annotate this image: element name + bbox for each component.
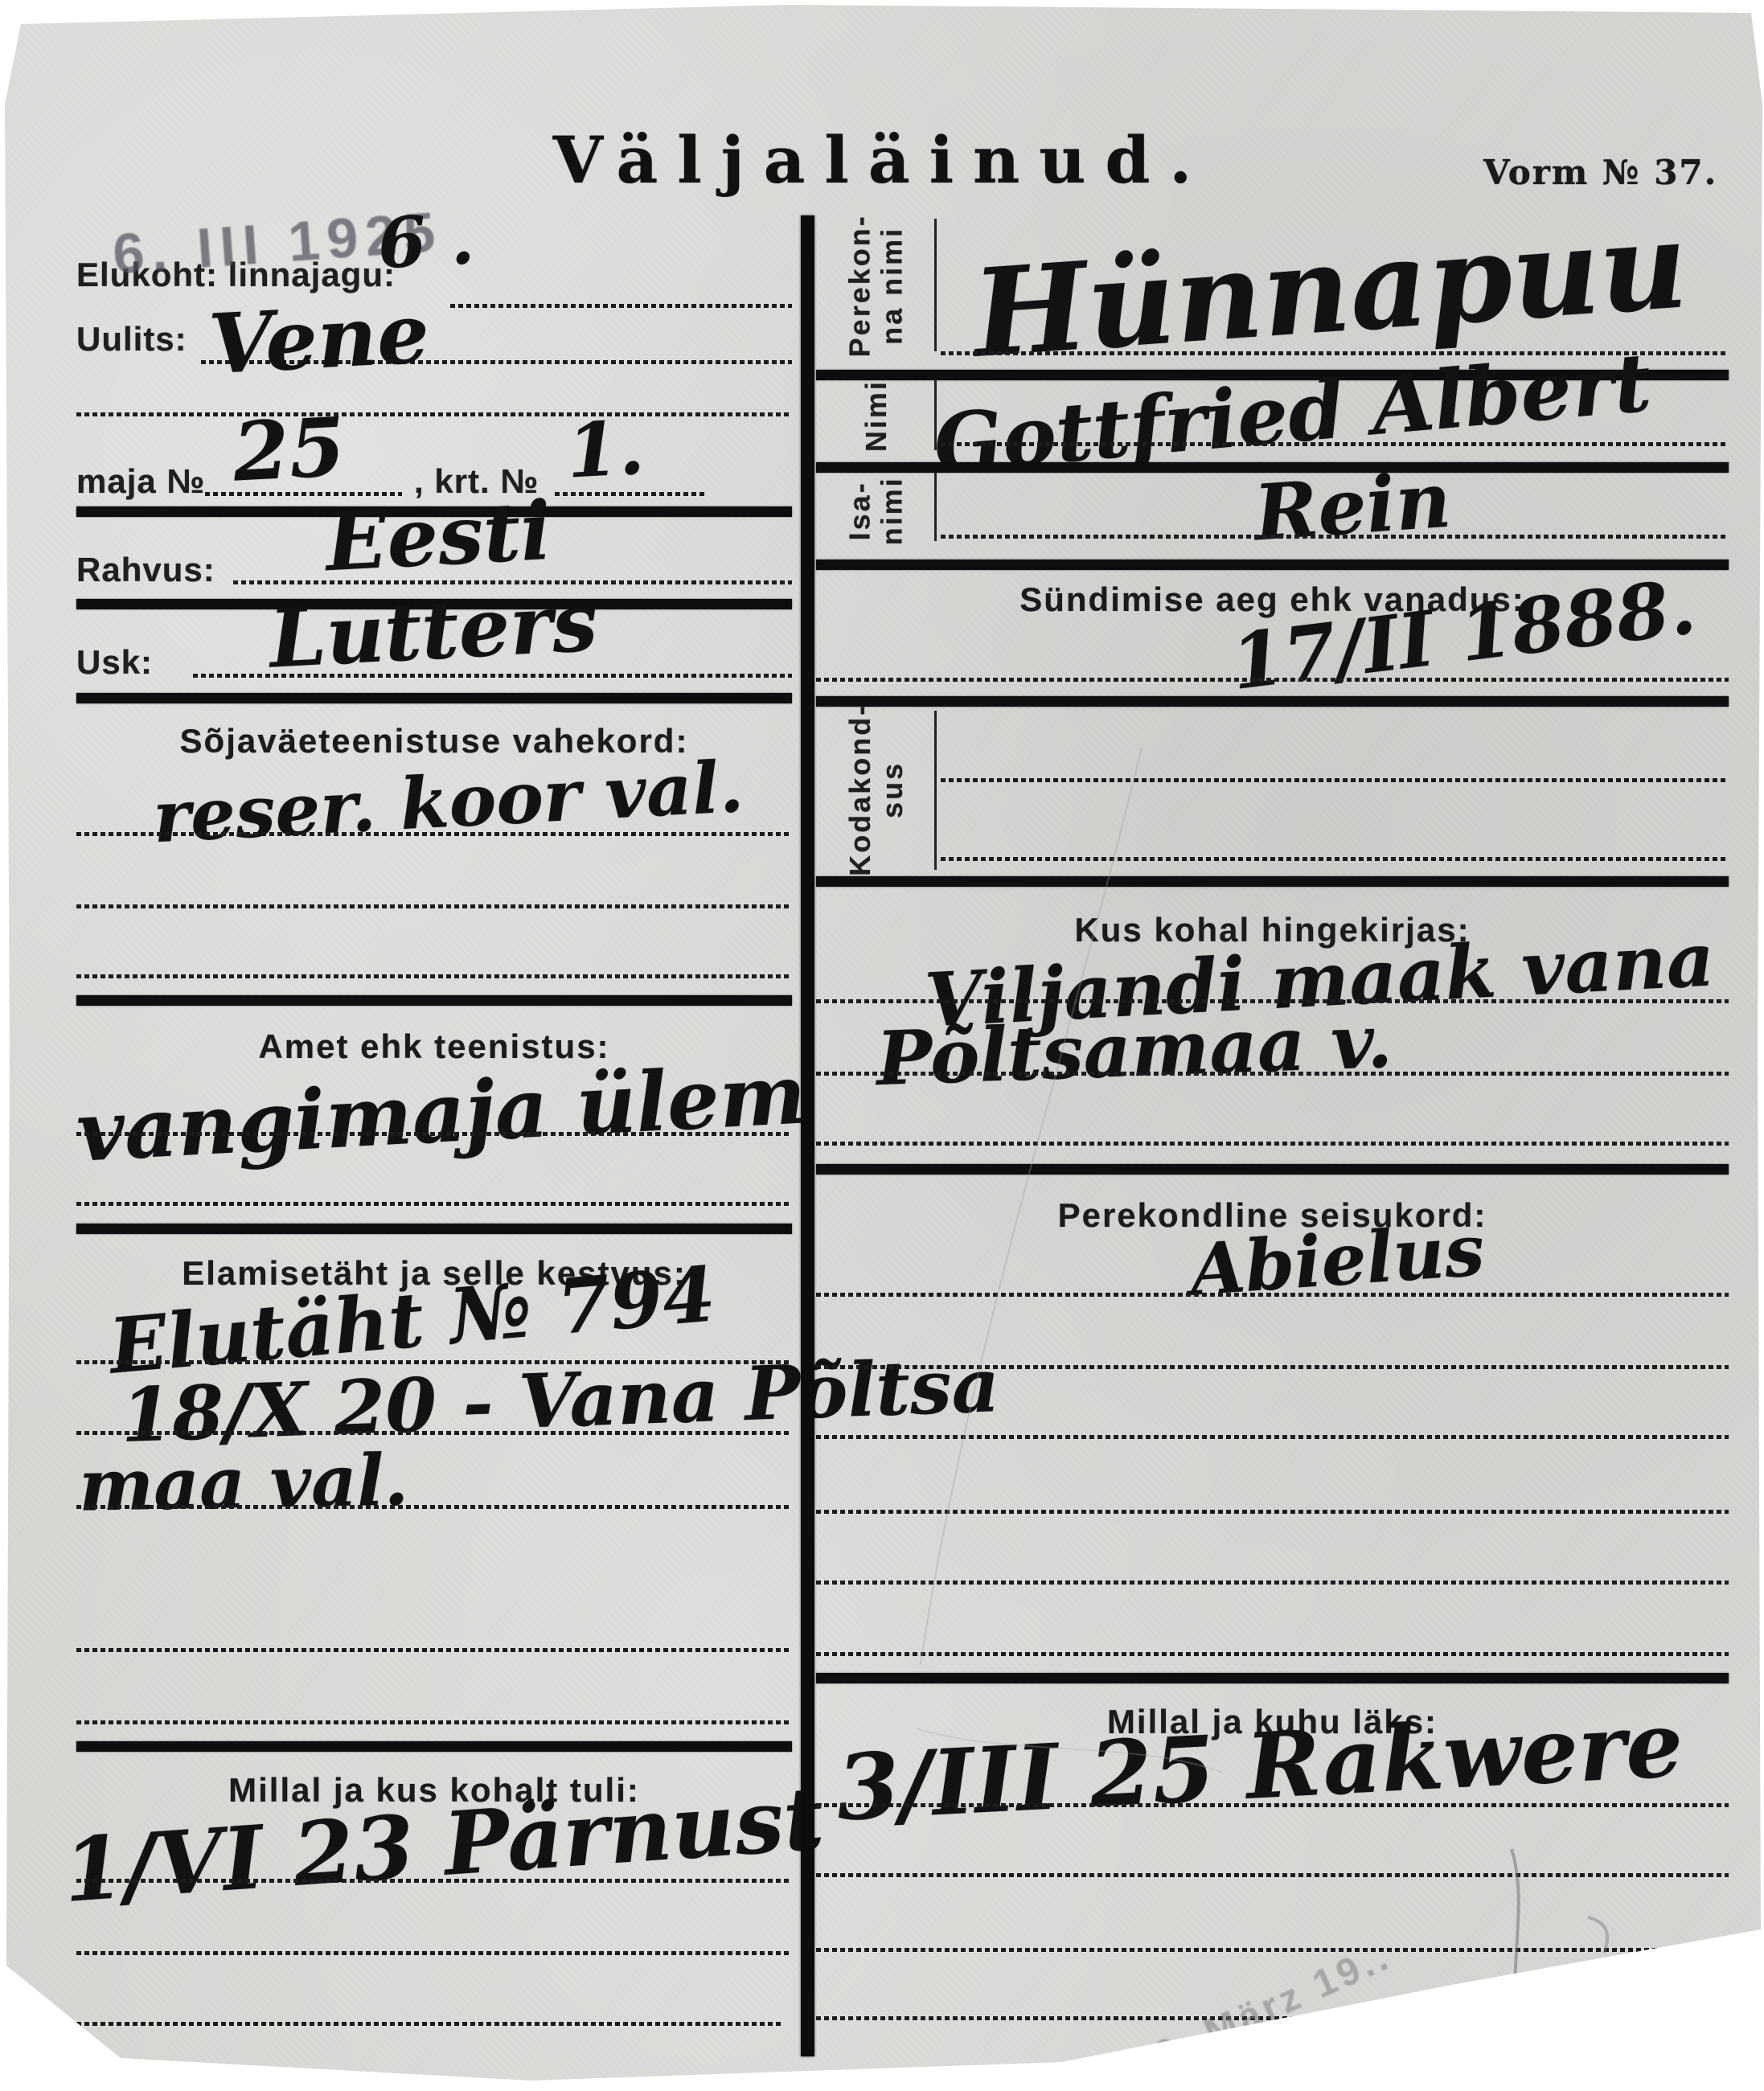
dotted-line: [816, 1803, 1729, 1807]
dotted-line: [816, 1652, 1729, 1656]
elukoht-value: 6 .: [375, 199, 476, 285]
pencil-stroke: [1512, 1849, 1526, 2070]
surname-label-cell: Perekon- na nimi: [816, 215, 937, 356]
surname-label: Perekon- na nimi: [844, 214, 909, 357]
usk-label: Usk:: [76, 643, 153, 682]
dotted-line: [816, 1948, 1729, 1952]
dotted-line: [941, 857, 1729, 861]
dotted-line: [816, 1873, 1729, 1877]
citizenship-label: Kodakond- sus: [844, 703, 909, 876]
dotted-line: [816, 1365, 1729, 1369]
uulits-label: Uulits:: [76, 320, 187, 359]
dotted-line: [76, 2022, 784, 2026]
label-rule: [934, 711, 937, 870]
father-name-label: Isa- nimi: [844, 476, 909, 545]
dotted-line: [941, 535, 1729, 539]
dotted-line: [76, 1202, 792, 1206]
section-divider: [816, 560, 1729, 570]
name-label: Nimi: [860, 379, 892, 452]
section-divider: [816, 1673, 1729, 1683]
dotted-line: [76, 1720, 792, 1724]
dotted-line: [76, 1648, 792, 1652]
dotted-line: [76, 1879, 792, 1883]
column-divider: [801, 215, 814, 2056]
elamisetaht-value-line3: maa val.: [78, 1437, 409, 1527]
father-name-value: Rein: [1251, 456, 1454, 559]
dotted-line: [941, 442, 1729, 446]
received-date-stamp: 3. März 19..: [1147, 1934, 1397, 2078]
krt-value: 1.: [564, 404, 646, 495]
rahvus-label: Rahvus:: [76, 551, 215, 589]
document-scan: Väljaläinud. Vorm № 37. Elukoht: linnaja…: [0, 0, 1764, 2091]
dotted-line: [941, 778, 1729, 782]
dotted-line: [76, 904, 792, 908]
dotted-line: [816, 1142, 1729, 1146]
dotted-line: [450, 304, 792, 308]
amet-value: vangimaja ülem: [74, 1046, 808, 1180]
dotted-line: [76, 832, 792, 836]
section-divider: [816, 696, 1729, 707]
dotted-line: [816, 1072, 1729, 1076]
dotted-line: [816, 678, 1729, 682]
section-divider: [76, 693, 792, 703]
dotted-line: [555, 492, 708, 496]
section-divider: [816, 1164, 1729, 1175]
name-label-cell: Nimi: [816, 378, 937, 454]
dotted-line: [76, 1951, 792, 1955]
sojavae-value: reser. koor val.: [151, 744, 745, 859]
dotted-line: [76, 1132, 792, 1136]
dotted-line: [76, 1431, 792, 1435]
rahvus-value: Eesti: [323, 483, 553, 590]
uulits-value: Vene: [207, 285, 432, 393]
dotted-line: [76, 1505, 792, 1509]
dotted-line: [816, 1435, 1729, 1439]
parish-value-line2: Põltsamaa v.: [875, 998, 1393, 1102]
label-rule: [934, 473, 937, 541]
dotted-line: [816, 1293, 1729, 1297]
form-number: Vorm № 37.: [1483, 153, 1717, 192]
father-name-label-cell: Isa- nimi: [816, 470, 937, 551]
maja-value: 25: [231, 399, 347, 499]
dotted-line: [76, 974, 792, 978]
citizenship-label-cell: Kodakond- sus: [816, 709, 937, 870]
dotted-line: [193, 674, 792, 678]
dotted-line: [76, 412, 792, 416]
paper-card: Väljaläinud. Vorm № 37. Elukoht: linnaja…: [0, 0, 1764, 2091]
section-divider: [816, 876, 1729, 887]
section-divider: [76, 995, 792, 1006]
usk-value: Lutters: [267, 574, 600, 686]
section-divider: [76, 1224, 792, 1234]
dotted-line: [816, 1510, 1729, 1514]
maja-label: maja №: [76, 462, 205, 501]
section-divider: [76, 1741, 792, 1752]
dotted-line: [816, 1581, 1729, 1585]
label-rule: [934, 219, 937, 351]
